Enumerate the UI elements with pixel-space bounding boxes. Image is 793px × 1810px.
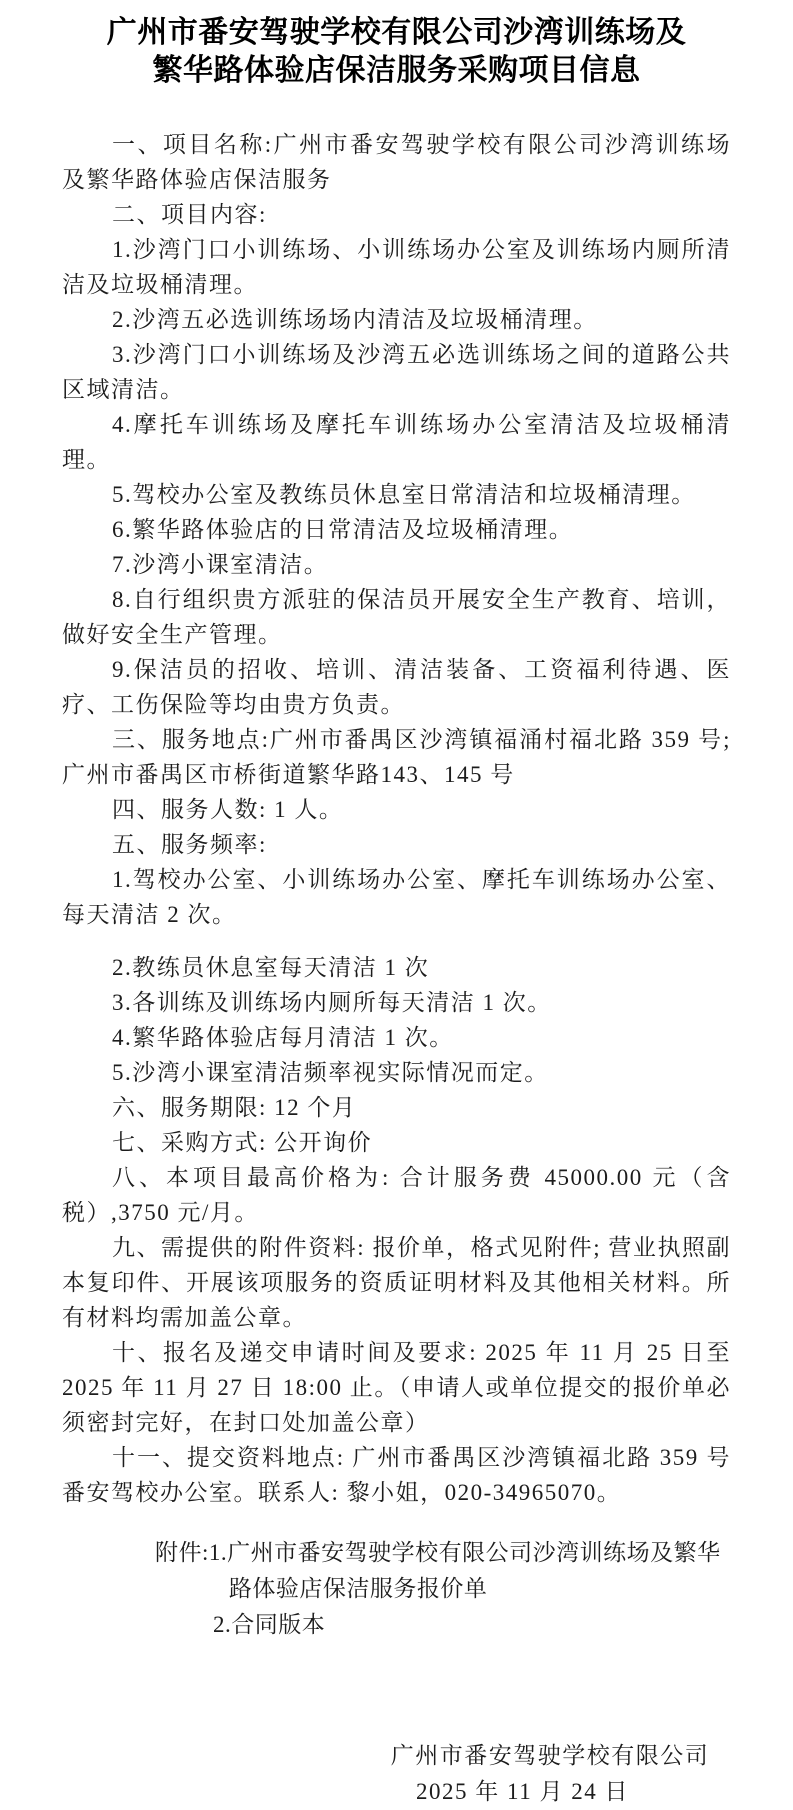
paragraph: 9.保洁员的招收、培训、清洁装备、工资福利待遇、医疗、工伤保险等均由贵方负责。 bbox=[62, 652, 731, 722]
document-title-line1: 广州市番安驾驶学校有限公司沙湾训练场及 bbox=[62, 14, 731, 52]
signature-date: 2025 年 11 月 24 日 bbox=[385, 1774, 660, 1810]
paragraph: 九、需提供的附件资料: 报价单，格式见附件; 营业执照副本复印件、开展该项服务的… bbox=[62, 1230, 731, 1335]
paragraph: 6.繁华路体验店的日常清洁及垃圾桶清理。 bbox=[62, 512, 731, 547]
paragraph: 四、服务人数: 1 人。 bbox=[62, 792, 731, 827]
paragraph: 十、报名及递交申请时间及要求: 2025 年 11 月 25 日至 2025 年… bbox=[62, 1335, 731, 1440]
paragraph: 5.驾校办公室及教练员休息室日常清洁和垃圾桶清理。 bbox=[62, 477, 731, 512]
paragraph: 5.沙湾小课室清洁频率视实际情况而定。 bbox=[62, 1055, 731, 1090]
document-title-line2: 繁华路体验店保洁服务采购项目信息 bbox=[62, 52, 731, 90]
paragraph: 二、项目内容: bbox=[62, 197, 731, 232]
attachment-item-2: 2.合同版本 bbox=[213, 1607, 731, 1643]
paragraph: 一、项目名称:广州市番安驾驶学校有限公司沙湾训练场及繁华路体验店保洁服务 bbox=[62, 127, 731, 197]
paragraph: 五、服务频率: bbox=[62, 827, 731, 862]
paragraph: 4.繁华路体验店每月清洁 1 次。 bbox=[62, 1020, 731, 1055]
paragraph: 七、采购方式: 公开询价 bbox=[62, 1125, 731, 1160]
attachment-section: 附件: 1.广州市番安驾驶学校有限公司沙湾训练场及繁华路体验店保洁服务报价单 2… bbox=[62, 1535, 731, 1643]
paragraph: 八、本项目最高价格为: 合计服务费 45000.00 元（含税）,3750 元/… bbox=[62, 1160, 731, 1230]
paragraph: 2.教练员休息室每天清洁 1 次 bbox=[62, 950, 731, 985]
document-page: 广州市番安驾驶学校有限公司沙湾训练场及 繁华路体验店保洁服务采购项目信息 一、项… bbox=[0, 0, 793, 1810]
paragraph: 三、服务地点:广州市番禺区沙湾镇福涌村福北路 359 号;广州市番禺区市桥街道繁… bbox=[62, 722, 731, 792]
paragraph: 六、服务期限: 12 个月 bbox=[62, 1090, 731, 1125]
paragraph: 8.自行组织贵方派驻的保洁员开展安全生产教育、培训，做好安全生产管理。 bbox=[62, 582, 731, 652]
paragraph: 2.沙湾五必选训练场场内清洁及垃圾桶清理。 bbox=[62, 302, 731, 337]
signature-company: 广州市番安驾驶学校有限公司 bbox=[385, 1738, 715, 1774]
attachment-row: 附件: 1.广州市番安驾驶学校有限公司沙湾训练场及繁华路体验店保洁服务报价单 bbox=[155, 1535, 731, 1607]
attachment-label: 附件: bbox=[155, 1535, 209, 1571]
attachment-item-1: 1.广州市番安驾驶学校有限公司沙湾训练场及繁华路体验店保洁服务报价单 bbox=[209, 1535, 731, 1607]
paragraph: 7.沙湾小课室清洁。 bbox=[62, 547, 731, 582]
paragraph: 3.各训练及训练场内厕所每天清洁 1 次。 bbox=[62, 985, 731, 1020]
paragraph: 4.摩托车训练场及摩托车训练场办公室清洁及垃圾桶清理。 bbox=[62, 407, 731, 477]
signature-block: 广州市番安驾驶学校有限公司 2025 年 11 月 24 日 bbox=[385, 1738, 715, 1810]
paragraph: 1.沙湾门口小训练场、小训练场办公室及训练场内厕所清洁及垃圾桶清理。 bbox=[62, 232, 731, 302]
paragraph: 十一、提交资料地点: 广州市番禺区沙湾镇福北路 359 号番安驾校办公室。联系人… bbox=[62, 1440, 731, 1510]
paragraph: 3.沙湾门口小训练场及沙湾五必选训练场之间的道路公共区域清洁。 bbox=[62, 337, 731, 407]
document-body: 一、项目名称:广州市番安驾驶学校有限公司沙湾训练场及繁华路体验店保洁服务二、项目… bbox=[62, 127, 731, 1510]
paragraph: 1.驾校办公室、小训练场办公室、摩托车训练场办公室、每天清洁 2 次。 bbox=[62, 862, 731, 932]
document-title: 广州市番安驾驶学校有限公司沙湾训练场及 繁华路体验店保洁服务采购项目信息 bbox=[62, 14, 731, 90]
